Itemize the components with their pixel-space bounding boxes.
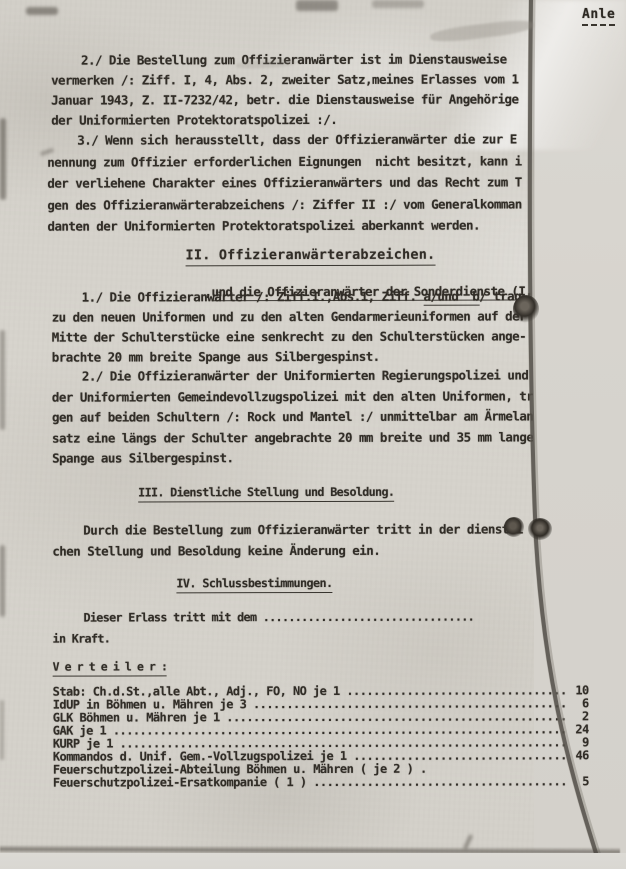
dot-leader: ........................................…	[353, 749, 567, 763]
section-heading-ii: II. Offizieranwärterabzeichen.	[186, 244, 436, 264]
text-line: Januar 1943, Z. II-7232/42, betr. die Di…	[51, 89, 532, 110]
text-line: der Uniformierten Gemeindevollzugspolize…	[52, 386, 533, 408]
text-line: Dieser Erlass tritt mit dem ............…	[52, 606, 533, 628]
section-heading-iv: IV. Schlussbestimmungen.	[176, 572, 332, 591]
text-line-with-amendment: 1./ Die Offizieranwärter /: Ziff.I.,Abs.…	[52, 286, 533, 307]
text-line: 3./ Wenn sich herausstellt, dass der Off…	[47, 128, 528, 151]
text-line: 2./ Die Bestellung zum Offizieranwärter …	[51, 49, 532, 70]
paragraph-ii-2: 2./ Die Offizieranwärter der Uniformiert…	[52, 365, 533, 469]
heading-text: II. Offizieranwärterabzeichen.	[186, 247, 436, 267]
text-line: Mitte der Schulterstücke eine senkrecht …	[52, 326, 533, 347]
row-label: IdUP in Böhmen u. Mähren je 3	[53, 698, 253, 712]
paragraph-ii-1: 1./ Die Offizieranwärter /: Ziff.I.,Abs.…	[52, 286, 533, 367]
dot-leader	[427, 762, 567, 775]
text-line: Spange aus Silbergespinst.	[52, 447, 533, 469]
paragraph-2-bestellung: 2./ Die Bestellung zum Offizieranwärter …	[51, 49, 532, 130]
dot-leader: ........................................…	[253, 697, 567, 711]
row-count	[567, 762, 589, 775]
row-count: 24	[567, 723, 589, 736]
heading-text: IV. Schlussbestimmungen.	[176, 576, 332, 593]
row-label: Feuerschutzpolizei-Ersatkompanie ( 1 )	[53, 776, 313, 790]
row-label: Stab: Ch.d.St.,alle Abt., Adj., FO, NO j…	[53, 685, 347, 699]
row-label: Feuerschutzpolizei-Abteilung Böhmen u. M…	[53, 763, 427, 777]
row-label: GAK je 1	[53, 725, 113, 738]
row-count: 2	[567, 710, 589, 723]
text-line: in Kraft.	[53, 627, 534, 649]
paragraph-3-wenn-sich: 3./ Wenn sich herausstellt, dass der Off…	[47, 128, 528, 237]
text-line: der Uniformierten Protektoratspolizei :/…	[51, 109, 532, 130]
scanned-document-page: Anle 2./ Die Bestellung zum Offizieranwä…	[0, 0, 626, 869]
row-label: KURP je 1	[53, 738, 120, 751]
dot-leader: ........................................…	[313, 775, 567, 789]
underlined-amendment: a/und b	[423, 289, 479, 306]
row-count: 46	[567, 749, 589, 762]
text-line: chen Stellung und Besoldung keine Änderu…	[52, 540, 537, 562]
text-line: satz eine längs der Schulter angebrachte…	[52, 427, 533, 449]
scan-background-strip	[0, 853, 626, 869]
paragraph-iv-text: Dieser Erlass tritt mit dem ............…	[52, 606, 533, 649]
distribution-row: Feuerschutzpolizei-Ersatkompanie ( 1 ) .…	[53, 775, 589, 789]
text-segment: / trag	[479, 288, 521, 303]
distribution-list: Stab: Ch.d.St.,alle Abt., Adj., FO, NO j…	[53, 684, 589, 789]
verteiler-heading: V e r t e i l e r :	[53, 655, 168, 674]
paragraph-iii-text: Durch die Bestellung zum Offizieranwärte…	[52, 519, 537, 561]
row-label: GLK Böhmen u. Mähren je 1	[53, 711, 227, 724]
text-line: brachte 20 mm breite Spange aus Silberge…	[52, 346, 533, 367]
text-line: danten der Uniformierten Protektoratspol…	[47, 214, 528, 237]
row-count: 6	[567, 697, 589, 710]
dot-leader: ........................................…	[113, 723, 567, 737]
text-line: nennung zum Offizier erforderlichen Eign…	[47, 150, 528, 173]
row-count: 9	[567, 736, 589, 749]
typewritten-text: 2./ Die Bestellung zum Offizieranwärter …	[0, 0, 626, 869]
row-count: 10	[567, 684, 589, 697]
heading-text: III. Dienstliche Stellung und Besoldung.	[138, 485, 394, 503]
text-line: gen auf beiden Schultern /: Rock und Man…	[52, 406, 533, 428]
dot-leader: ........................................…	[346, 684, 566, 698]
text-line: Durch die Bestellung zum Offizieranwärte…	[52, 519, 537, 541]
dot-leader: ........................................…	[226, 710, 566, 724]
text-line: der verliehene Charakter eines Offiziera…	[47, 171, 528, 194]
heading-text: V e r t e i l e r :	[53, 659, 167, 676]
row-count: 5	[567, 775, 589, 788]
section-heading-iii: III. Dienstliche Stellung und Besoldung.	[138, 481, 394, 501]
text-line: zu den neuen Uniformen und zu den alten …	[52, 306, 533, 327]
text-line: vermerken /: Ziff. I, 4, Abs. 2, zweiter…	[51, 69, 532, 90]
row-label: Kommandos d. Unif. Gem.-Vollzugspolizei …	[53, 750, 353, 764]
dot-leader: ........................................…	[120, 736, 567, 750]
text-line: gen des Offizieranwärterabzeichens /: Zi…	[47, 193, 528, 216]
text-line: 2./ Die Offizieranwärter der Uniformiert…	[52, 365, 533, 387]
text-segment: 1./ Die Offizieranwärter /: Ziff.I.,Abs.…	[82, 289, 424, 305]
